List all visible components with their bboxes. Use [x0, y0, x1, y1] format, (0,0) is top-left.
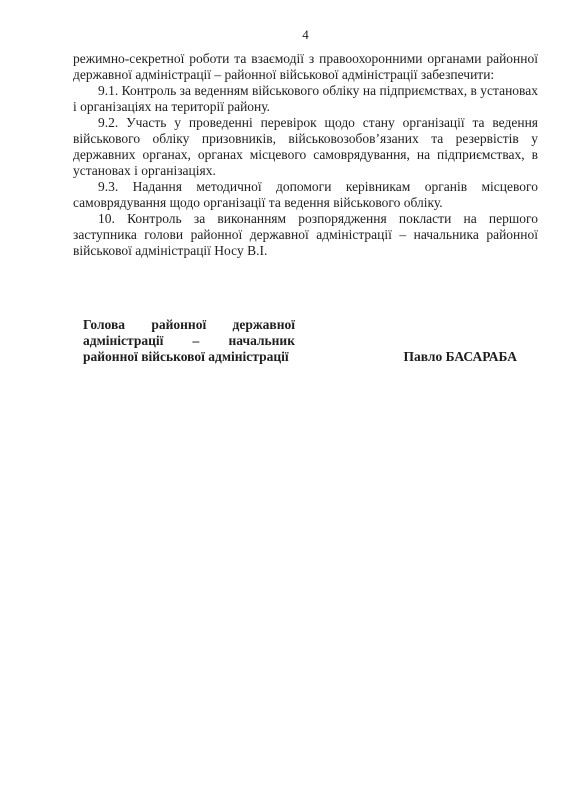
paragraph-clause-9-3: 9.3. Надання методичної допомоги керівни…: [73, 179, 538, 211]
paragraph-continuation: режимно-секретної роботи та взаємодії з …: [73, 51, 538, 83]
signature-block: Голова районної державної адміністрації …: [73, 317, 538, 365]
signatory-name: Павло БАСАРАБА: [404, 349, 517, 365]
document-body: режимно-секретної роботи та взаємодії з …: [73, 51, 538, 365]
signatory-title-line: районної військової адміністрації: [83, 349, 295, 365]
signatory-title: Голова районної державної адміністрації …: [83, 317, 295, 365]
signatory-title-line: Голова районної державної: [83, 317, 295, 333]
signatory-title-line: адміністрації – начальник: [83, 333, 295, 349]
paragraph-clause-10: 10. Контроль за виконанням розпорядження…: [73, 211, 538, 259]
paragraph-clause-9-2: 9.2. Участь у проведенні перевірок щодо …: [73, 115, 538, 179]
paragraph-clause-9-1: 9.1. Контроль за веденням військового об…: [73, 83, 538, 115]
page-number: 4: [73, 27, 538, 42]
document-page: 4 режимно-секретної роботи та взаємодії …: [0, 0, 566, 800]
